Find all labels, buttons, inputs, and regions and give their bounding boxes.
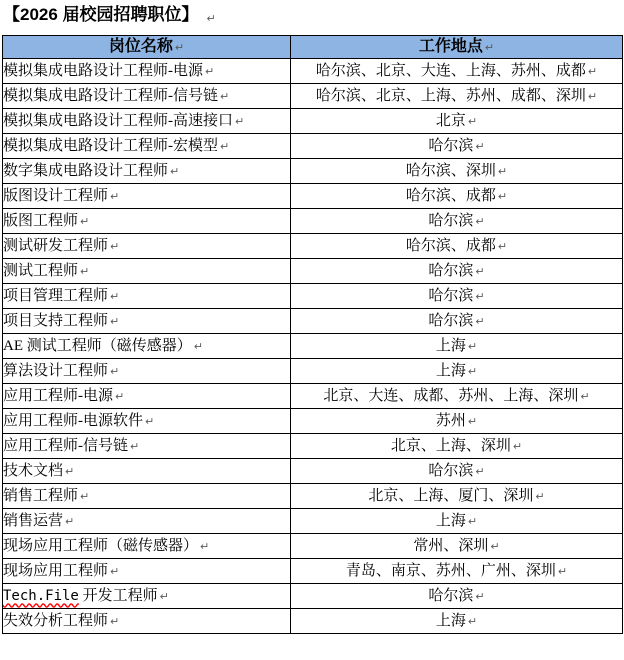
table-row: 模拟集成电路设计工程师-电源↵哈尔滨、北京、大连、上海、苏州、成都↵ (3, 59, 623, 84)
paragraph-mark-icon: ↵ (115, 390, 124, 403)
position-cell: 现场应用工程师↵ (3, 559, 291, 584)
document-title-line: 【2026 届校园招聘职位】 ↵ (0, 0, 624, 26)
paragraph-mark-icon: ↵ (468, 340, 477, 353)
position-text: 版图工程师 (3, 213, 78, 229)
table-row: 应用工程师-电源↵北京、大连、成都、苏州、上海、深圳↵ (3, 384, 623, 409)
table-row: AE 测试工程师（磁传感器）↵上海↵ (3, 334, 623, 359)
table-row: 版图工程师↵哈尔滨↵ (3, 209, 623, 234)
location-cell: 哈尔滨↵ (291, 259, 623, 284)
table-row: 销售工程师↵北京、上海、厦门、深圳↵ (3, 484, 623, 509)
position-text: 开发工程师 (79, 588, 158, 604)
table-row: 数字集成电路设计工程师↵哈尔滨、深圳↵ (3, 159, 623, 184)
paragraph-mark-icon: ↵ (205, 65, 214, 78)
position-cell: 版图工程师↵ (3, 209, 291, 234)
location-cell: 哈尔滨↵ (291, 284, 623, 309)
location-text: 哈尔滨 (428, 313, 473, 329)
position-text: 应用工程师-信号链 (3, 438, 128, 454)
position-cell: 测试研发工程师↵ (3, 234, 291, 259)
table-row: 项目管理工程师↵哈尔滨↵ (3, 284, 623, 309)
paragraph-mark-icon: ↵ (588, 90, 597, 103)
paragraph-mark-icon: ↵ (468, 365, 477, 378)
table-row: 算法设计工程师↵上海↵ (3, 359, 623, 384)
job-positions-table: 岗位名称↵ 工作地点↵ 模拟集成电路设计工程师-电源↵哈尔滨、北京、大连、上海、… (2, 35, 623, 634)
paragraph-mark-icon: ↵ (160, 590, 169, 603)
paragraph-mark-icon: ↵ (475, 465, 484, 478)
position-text: 算法设计工程师 (3, 363, 108, 379)
position-cell: 失效分析工程师↵ (3, 609, 291, 634)
position-text: 测试工程师 (3, 263, 78, 279)
table-row: 模拟集成电路设计工程师-高速接口↵北京↵ (3, 109, 623, 134)
position-cell: 现场应用工程师（磁传感器）↵ (3, 534, 291, 559)
column-header-position: 岗位名称↵ (3, 36, 291, 59)
paragraph-mark-icon: ↵ (580, 390, 589, 403)
paragraph-mark-icon: ↵ (475, 140, 484, 153)
paragraph-mark-icon: ↵ (80, 490, 89, 503)
paragraph-mark-icon: ↵ (65, 515, 74, 528)
position-cell: 算法设计工程师↵ (3, 359, 291, 384)
position-text: 模拟集成电路设计工程师-信号链 (3, 88, 218, 104)
position-cell: 数字集成电路设计工程师↵ (3, 159, 291, 184)
table-row: 应用工程师-电源软件↵苏州↵ (3, 409, 623, 434)
paragraph-mark-icon: ↵ (200, 540, 209, 553)
location-text: 上海 (436, 513, 466, 529)
location-text: 哈尔滨 (428, 463, 473, 479)
position-cell: 应用工程师-信号链↵ (3, 434, 291, 459)
location-cell: 哈尔滨↵ (291, 309, 623, 334)
position-text: 项目管理工程师 (3, 288, 108, 304)
location-text: 哈尔滨 (428, 138, 473, 154)
position-cell: 测试工程师↵ (3, 259, 291, 284)
position-text: AE 测试工程师（磁传感器） (3, 338, 192, 354)
column-header-location-label: 工作地点 (419, 38, 483, 55)
location-text: 上海 (436, 338, 466, 354)
position-cell: 项目管理工程师↵ (3, 284, 291, 309)
position-cell: 销售运营↵ (3, 509, 291, 534)
paragraph-mark-icon: ↵ (110, 615, 119, 628)
location-text: 上海 (436, 363, 466, 379)
misspelled-text: Tech.File (3, 588, 79, 604)
location-text: 苏州 (436, 413, 466, 429)
position-text: 数字集成电路设计工程师 (3, 163, 168, 179)
location-text: 哈尔滨 (428, 263, 473, 279)
location-cell: 上海↵ (291, 359, 623, 384)
table-row: 模拟集成电路设计工程师-宏模型↵哈尔滨↵ (3, 134, 623, 159)
location-cell: 北京、大连、成都、苏州、上海、深圳↵ (291, 384, 623, 409)
paragraph-mark-icon: ↵ (65, 465, 74, 478)
position-cell: 应用工程师-电源软件↵ (3, 409, 291, 434)
position-cell: 模拟集成电路设计工程师-宏模型↵ (3, 134, 291, 159)
table-row: 技术文档↵哈尔滨↵ (3, 459, 623, 484)
location-text: 上海 (436, 613, 466, 629)
location-cell: 哈尔滨↵ (291, 209, 623, 234)
location-cell: 哈尔滨↵ (291, 134, 623, 159)
position-text: 销售工程师 (3, 488, 78, 504)
paragraph-mark-icon: ↵ (468, 515, 477, 528)
paragraph-mark-icon: ↵ (498, 240, 507, 253)
paragraph-mark-icon: ↵ (513, 440, 522, 453)
paragraph-mark-icon: ↵ (170, 165, 179, 178)
position-cell: Tech.File 开发工程师↵ (3, 584, 291, 609)
position-text: 测试研发工程师 (3, 238, 108, 254)
position-cell: AE 测试工程师（磁传感器）↵ (3, 334, 291, 359)
header-row: 岗位名称↵ 工作地点↵ (3, 36, 623, 59)
location-cell: 苏州↵ (291, 409, 623, 434)
location-text: 哈尔滨、北京、上海、苏州、成都、深圳 (316, 88, 586, 104)
location-cell: 常州、深圳↵ (291, 534, 623, 559)
position-text: 技术文档 (3, 463, 63, 479)
position-text: 应用工程师-电源 (3, 388, 113, 404)
location-cell: 哈尔滨、成都↵ (291, 184, 623, 209)
paragraph-mark-icon: ↵ (220, 90, 229, 103)
paragraph-mark-icon: ↵ (468, 415, 477, 428)
position-text: 失效分析工程师 (3, 613, 108, 629)
location-cell: 哈尔滨、北京、上海、苏州、成都、深圳↵ (291, 84, 623, 109)
position-cell: 项目支持工程师↵ (3, 309, 291, 334)
location-text: 哈尔滨、深圳 (406, 163, 496, 179)
paragraph-mark-icon: ↵ (468, 615, 477, 628)
position-cell: 模拟集成电路设计工程师-电源↵ (3, 59, 291, 84)
paragraph-mark-icon: ↵ (475, 315, 484, 328)
paragraph-mark-icon: ↵ (220, 140, 229, 153)
column-header-position-label: 岗位名称 (109, 38, 173, 55)
location-text: 北京 (436, 113, 466, 129)
position-text: 模拟集成电路设计工程师-电源 (3, 63, 203, 79)
location-text: 哈尔滨、成都 (406, 188, 496, 204)
location-text: 哈尔滨、成都 (406, 238, 496, 254)
table-row: 模拟集成电路设计工程师-信号链↵哈尔滨、北京、上海、苏州、成都、深圳↵ (3, 84, 623, 109)
paragraph-mark-icon: ↵ (130, 440, 139, 453)
location-cell: 青岛、南京、苏州、广州、深圳↵ (291, 559, 623, 584)
position-text: 模拟集成电路设计工程师-高速接口 (3, 113, 233, 129)
position-text: 现场应用工程师（磁传感器） (3, 538, 198, 554)
location-cell: 上海↵ (291, 509, 623, 534)
paragraph-mark-icon: ↵ (535, 490, 544, 503)
position-text: 销售运营 (3, 513, 63, 529)
location-cell: 北京、上海、深圳↵ (291, 434, 623, 459)
location-cell: 北京↵ (291, 109, 623, 134)
paragraph-mark-icon: ↵ (498, 190, 507, 203)
paragraph-mark-icon: ↵ (110, 365, 119, 378)
position-cell: 版图设计工程师↵ (3, 184, 291, 209)
position-cell: 技术文档↵ (3, 459, 291, 484)
table-row: 失效分析工程师↵上海↵ (3, 609, 623, 634)
paragraph-mark-icon: ↵ (80, 215, 89, 228)
table-row: 现场应用工程师↵青岛、南京、苏州、广州、深圳↵ (3, 559, 623, 584)
paragraph-mark-icon: ↵ (498, 165, 507, 178)
position-cell: 模拟集成电路设计工程师-高速接口↵ (3, 109, 291, 134)
position-text: 模拟集成电路设计工程师-宏模型 (3, 138, 218, 154)
location-cell: 哈尔滨↵ (291, 584, 623, 609)
paragraph-mark-icon: ↵ (110, 190, 119, 203)
paragraph-mark-icon: ↵ (558, 565, 567, 578)
location-text: 北京、上海、深圳 (391, 438, 511, 454)
paragraph-mark-icon: ↵ (485, 41, 494, 54)
paragraph-mark-icon: ↵ (490, 540, 499, 553)
page-title: 【2026 届校园招聘职位】 (3, 4, 199, 26)
paragraph-mark-icon: ↵ (475, 290, 484, 303)
location-text: 哈尔滨、北京、大连、上海、苏州、成都 (316, 63, 586, 79)
paragraph-mark-icon: ↵ (194, 340, 203, 353)
table-row: 测试研发工程师↵哈尔滨、成都↵ (3, 234, 623, 259)
table-row: 项目支持工程师↵哈尔滨↵ (3, 309, 623, 334)
location-text: 常州、深圳 (413, 538, 488, 554)
location-cell: 哈尔滨↵ (291, 459, 623, 484)
paragraph-mark-icon: ↵ (175, 41, 184, 54)
paragraph-mark-icon: ↵ (475, 590, 484, 603)
paragraph-mark-icon: ↵ (588, 65, 597, 78)
location-cell: 哈尔滨、深圳↵ (291, 159, 623, 184)
position-text: 项目支持工程师 (3, 313, 108, 329)
table-row: 版图设计工程师↵哈尔滨、成都↵ (3, 184, 623, 209)
location-text: 哈尔滨 (428, 213, 473, 229)
paragraph-mark-icon: ↵ (235, 115, 244, 128)
paragraph-mark-icon: ↵ (475, 215, 484, 228)
column-header-location: 工作地点↵ (291, 36, 623, 59)
location-cell: 北京、上海、厦门、深圳↵ (291, 484, 623, 509)
paragraph-mark-icon: ↵ (110, 315, 119, 328)
location-text: 哈尔滨 (428, 588, 473, 604)
paragraph-mark-icon: ↵ (110, 240, 119, 253)
location-cell: 哈尔滨、成都↵ (291, 234, 623, 259)
location-text: 青岛、南京、苏州、广州、深圳 (346, 563, 556, 579)
location-cell: 上海↵ (291, 334, 623, 359)
paragraph-mark-icon: ↵ (110, 565, 119, 578)
table-row: 销售运营↵上海↵ (3, 509, 623, 534)
location-text: 哈尔滨 (428, 288, 473, 304)
table-row: Tech.File 开发工程师↵哈尔滨↵ (3, 584, 623, 609)
paragraph-mark-icon: ↵ (80, 265, 89, 278)
position-cell: 模拟集成电路设计工程师-信号链↵ (3, 84, 291, 109)
table-row: 应用工程师-信号链↵北京、上海、深圳↵ (3, 434, 623, 459)
location-cell: 哈尔滨、北京、大连、上海、苏州、成都↵ (291, 59, 623, 84)
location-cell: 上海↵ (291, 609, 623, 634)
position-cell: 销售工程师↵ (3, 484, 291, 509)
paragraph-mark-icon: ↵ (207, 8, 216, 30)
position-cell: 应用工程师-电源↵ (3, 384, 291, 409)
table-row: 测试工程师↵哈尔滨↵ (3, 259, 623, 284)
position-text: 现场应用工程师 (3, 563, 108, 579)
job-positions-table-body: 模拟集成电路设计工程师-电源↵哈尔滨、北京、大连、上海、苏州、成都↵模拟集成电路… (3, 59, 623, 634)
location-text: 北京、上海、厦门、深圳 (368, 488, 533, 504)
position-text: 版图设计工程师 (3, 188, 108, 204)
location-text: 北京、大连、成都、苏州、上海、深圳 (323, 388, 578, 404)
table-row: 现场应用工程师（磁传感器）↵常州、深圳↵ (3, 534, 623, 559)
position-text: 应用工程师-电源软件 (3, 413, 143, 429)
paragraph-mark-icon: ↵ (110, 290, 119, 303)
paragraph-mark-icon: ↵ (475, 265, 484, 278)
paragraph-mark-icon: ↵ (145, 415, 154, 428)
paragraph-mark-icon: ↵ (468, 115, 477, 128)
